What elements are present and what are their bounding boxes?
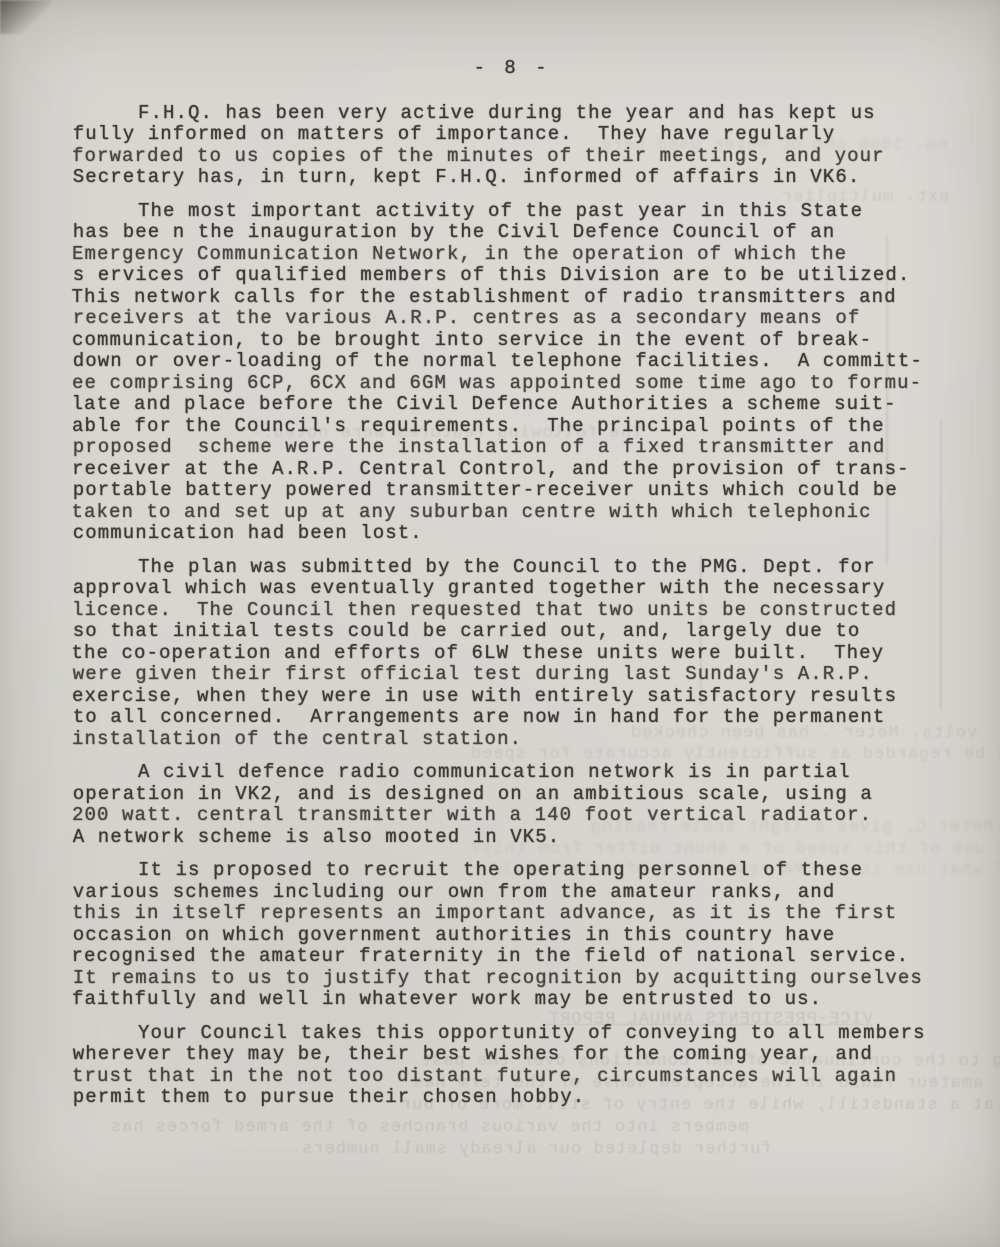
- text-line: receiver at the A.R.P. Central Control, …: [72, 459, 952, 481]
- text-line: has bee n the inauguration by the Civil …: [73, 222, 953, 244]
- paragraph: F.H.Q. has been very active during the y…: [72, 103, 952, 189]
- text-line: ee comprising 6CP, 6CX and 6GM was appoi…: [72, 373, 952, 395]
- text-line: The most important activity of the past …: [72, 201, 952, 223]
- typed-content: - 8 - F.H.Q. has been very active during…: [72, 58, 952, 1121]
- text-line: late and place before the Civil Defence …: [72, 394, 952, 416]
- ghost-text: members into the various branches of the…: [110, 1118, 749, 1137]
- paragraph: It is proposed to recruit the operating …: [72, 860, 952, 1011]
- paragraph: The plan was submitted by the Council to…: [72, 557, 952, 751]
- ghost-text: further depleted our already small numbe…: [290, 1140, 772, 1159]
- text-line: This network calls for the establishment…: [72, 287, 952, 309]
- text-line: proposed scheme were the installation of…: [73, 437, 953, 459]
- text-line: 200 watt. central transmitter with a 140…: [72, 805, 952, 827]
- text-line: A network scheme is also mooted in VK5.: [73, 827, 953, 849]
- text-line: permit them to pursue their chosen hobby…: [73, 1087, 953, 1109]
- text-line: F.H.Q. has been very active during the y…: [72, 103, 952, 125]
- text-line: this in itself represents an important a…: [72, 903, 952, 925]
- text-line: licence. The Council then requested that…: [72, 600, 952, 622]
- text-line: Emergency Communication Network, in the …: [72, 244, 952, 266]
- text-line: so that initial tests could be carried o…: [73, 621, 953, 643]
- scan-corner-shadow: [0, 0, 52, 34]
- text-line: occasion on which government authorities…: [73, 925, 953, 947]
- text-line: s ervices of qualified members of this D…: [73, 265, 953, 287]
- text-line: trust that in the not too distant future…: [72, 1066, 952, 1088]
- text-line: communication had been lost.: [73, 523, 953, 545]
- text-line: taken to and set up at any suburban cent…: [72, 502, 952, 524]
- paragraph: The most important activity of the past …: [72, 201, 952, 545]
- paragraph: A civil defence radio communication netw…: [72, 762, 952, 848]
- text-line: to all concerned. Arrangements are now i…: [73, 707, 953, 729]
- text-line: various schemes including our own from t…: [73, 882, 953, 904]
- text-line: operation in VK2, and is designed on an …: [73, 784, 953, 806]
- text-line: It is proposed to recruit the operating …: [72, 860, 952, 882]
- text-line: Your Council takes this opportunity of c…: [72, 1023, 952, 1045]
- text-line: receivers at the various A.R.P. centres …: [73, 308, 953, 330]
- text-line: A civil defence radio communication netw…: [72, 762, 952, 784]
- page-number: - 8 -: [72, 58, 952, 80]
- document-page: no. 1000 ohm DC meter used hereext. mult…: [0, 0, 1000, 1247]
- text-line: approval which was eventually granted to…: [73, 578, 953, 600]
- text-line: communication, to be brought into servic…: [72, 330, 952, 352]
- text-line: The plan was submitted by the Council to…: [72, 557, 952, 579]
- paragraph: Your Council takes this opportunity of c…: [72, 1023, 952, 1109]
- text-line: portable battery powered transmitter-rec…: [73, 480, 953, 502]
- text-line: wherever they may be, their best wishes …: [73, 1044, 953, 1066]
- text-line: Secretary has, in turn, kept F.H.Q. info…: [73, 167, 953, 189]
- text-line: recognised the amateur fraternity in the…: [72, 946, 952, 968]
- text-line: able for the Council's requirements. The…: [72, 416, 952, 438]
- text-line: It remains to us to justify that recogni…: [73, 968, 953, 990]
- text-line: were given their first official test dur…: [73, 664, 953, 686]
- text-line: the co-operation and efforts of 6LW thes…: [72, 643, 952, 665]
- text-line: down or over-loading of the normal telep…: [73, 351, 953, 373]
- text-line: forwarded to us copies of the minutes of…: [72, 146, 952, 168]
- text-line: fully informed on matters of importance.…: [73, 124, 953, 146]
- text-line: installation of the central station.: [72, 729, 952, 751]
- text-line: faithfully and well in whatever work may…: [72, 989, 952, 1011]
- text-line: exercise, when they were in use with ent…: [72, 686, 952, 708]
- body-text: F.H.Q. has been very active during the y…: [72, 103, 952, 1109]
